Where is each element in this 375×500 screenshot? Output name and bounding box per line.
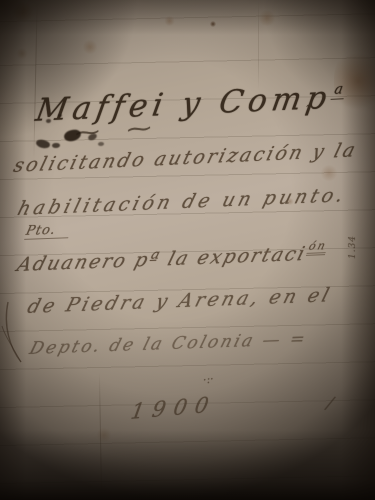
- margin-flourish: [0, 298, 30, 373]
- center-ink-mark: ·:·: [202, 372, 214, 386]
- pto-abbreviation: Pto.: [24, 222, 71, 240]
- manuscript-photo: Maffei y Compa ″ ~~ solicitando autoriza…: [0, 0, 375, 500]
- crease-line: [258, 0, 259, 90]
- margin-number-note: 1.34: [348, 235, 358, 259]
